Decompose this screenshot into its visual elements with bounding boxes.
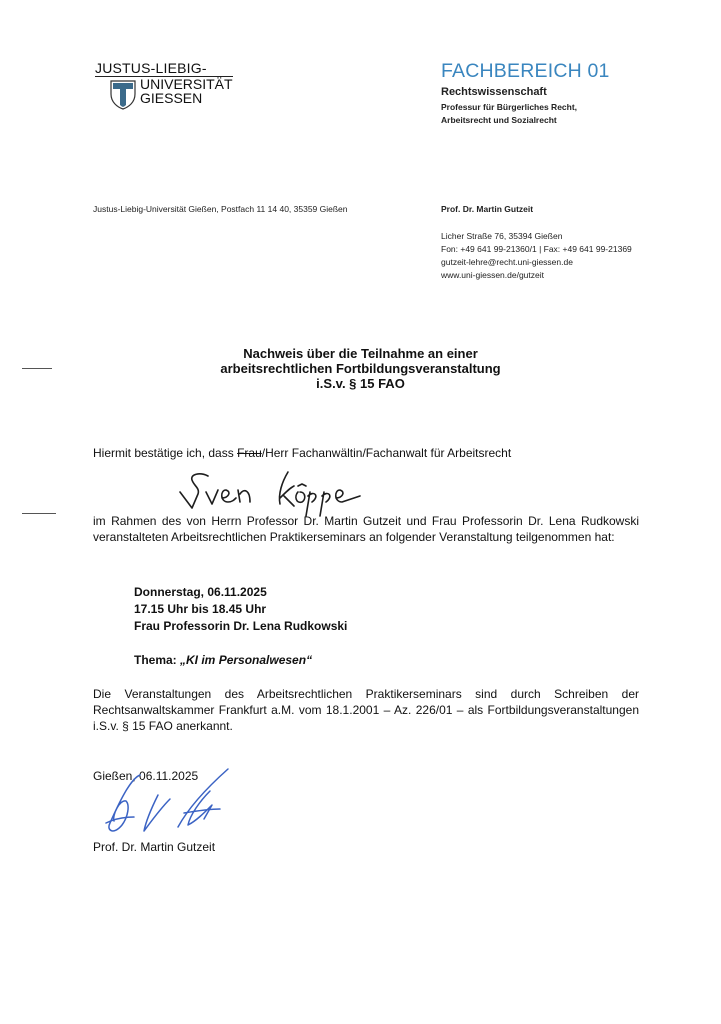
contact-phone: Fon: +49 641 99-21360/1 | Fax: +49 641 9… [441, 243, 632, 256]
fold-mark-middle [22, 513, 56, 514]
faculty-chair-line1: Professur für Bürgerliches Recht, [441, 101, 577, 114]
faculty-title: FACHBEREICH 01 [441, 60, 610, 83]
event-details: Donnerstag, 06.11.2025 17.15 Uhr bis 18.… [134, 584, 347, 635]
contact-block: Licher Straße 76, 35394 Gießen Fon: +49 … [441, 230, 632, 282]
contact-website[interactable]: www.uni-giessen.de/gutzeit [441, 269, 632, 282]
professor-signature [100, 765, 240, 840]
signer-name: Prof. Dr. Martin Gutzeit [93, 840, 215, 854]
participant-signature: Sven Köppe [170, 468, 370, 518]
title-line3: i.S.v. § 15 FAO [0, 376, 721, 391]
faculty-chair: Professur für Bürgerliches Recht, Arbeit… [441, 101, 577, 127]
faculty-chair-line2: Arbeitsrecht und Sozialrecht [441, 114, 577, 127]
document-title: Nachweis über die Teilnahme an einer arb… [0, 346, 721, 391]
topic-label: Thema: [134, 653, 180, 667]
title-line2: arbeitsrechtlichen Fortbildungsveranstal… [0, 361, 721, 376]
intro-after: /Herr Fachanwältin/Fachanwalt für Arbeit… [262, 446, 511, 460]
intro-before: Hiermit bestätige ich, dass [93, 446, 237, 460]
university-logo-line2: UNIVERSITÄT [140, 77, 233, 91]
event-time: 17.15 Uhr bis 18.45 Uhr [134, 601, 347, 618]
contact-address: Licher Straße 76, 35394 Gießen [441, 230, 632, 243]
title-line1: Nachweis über die Teilnahme an einer [0, 346, 721, 361]
university-logo-name: UNIVERSITÄT GIESSEN [140, 77, 233, 105]
event-date: Donnerstag, 06.11.2025 [134, 584, 347, 601]
intro-struck-word: Frau [237, 446, 262, 460]
university-logo-line1: JUSTUS-LIEBIG- [95, 60, 207, 76]
university-shield-icon [110, 80, 136, 110]
topic-title: „KI im Personalwesen“ [180, 653, 312, 667]
contact-email[interactable]: gutzeit-lehre@recht.uni-giessen.de [441, 256, 632, 269]
intro-sentence: Hiermit bestätige ich, dass Frau/Herr Fa… [93, 446, 511, 460]
contact-name: Prof. Dr. Martin Gutzeit [441, 204, 533, 214]
event-topic: Thema: „KI im Personalwesen“ [134, 653, 312, 667]
sender-address-line: Justus-Liebig-Universität Gießen, Postfa… [93, 204, 348, 214]
participation-paragraph: im Rahmen des von Herrn Professor Dr. Ma… [93, 513, 639, 545]
faculty-subtitle: Rechtswissenschaft [441, 86, 547, 98]
event-speaker: Frau Professorin Dr. Lena Rudkowski [134, 618, 347, 635]
accreditation-paragraph: Die Veranstaltungen des Arbeitsrechtlich… [93, 686, 639, 734]
university-logo-line3: GIESSEN [140, 91, 233, 105]
